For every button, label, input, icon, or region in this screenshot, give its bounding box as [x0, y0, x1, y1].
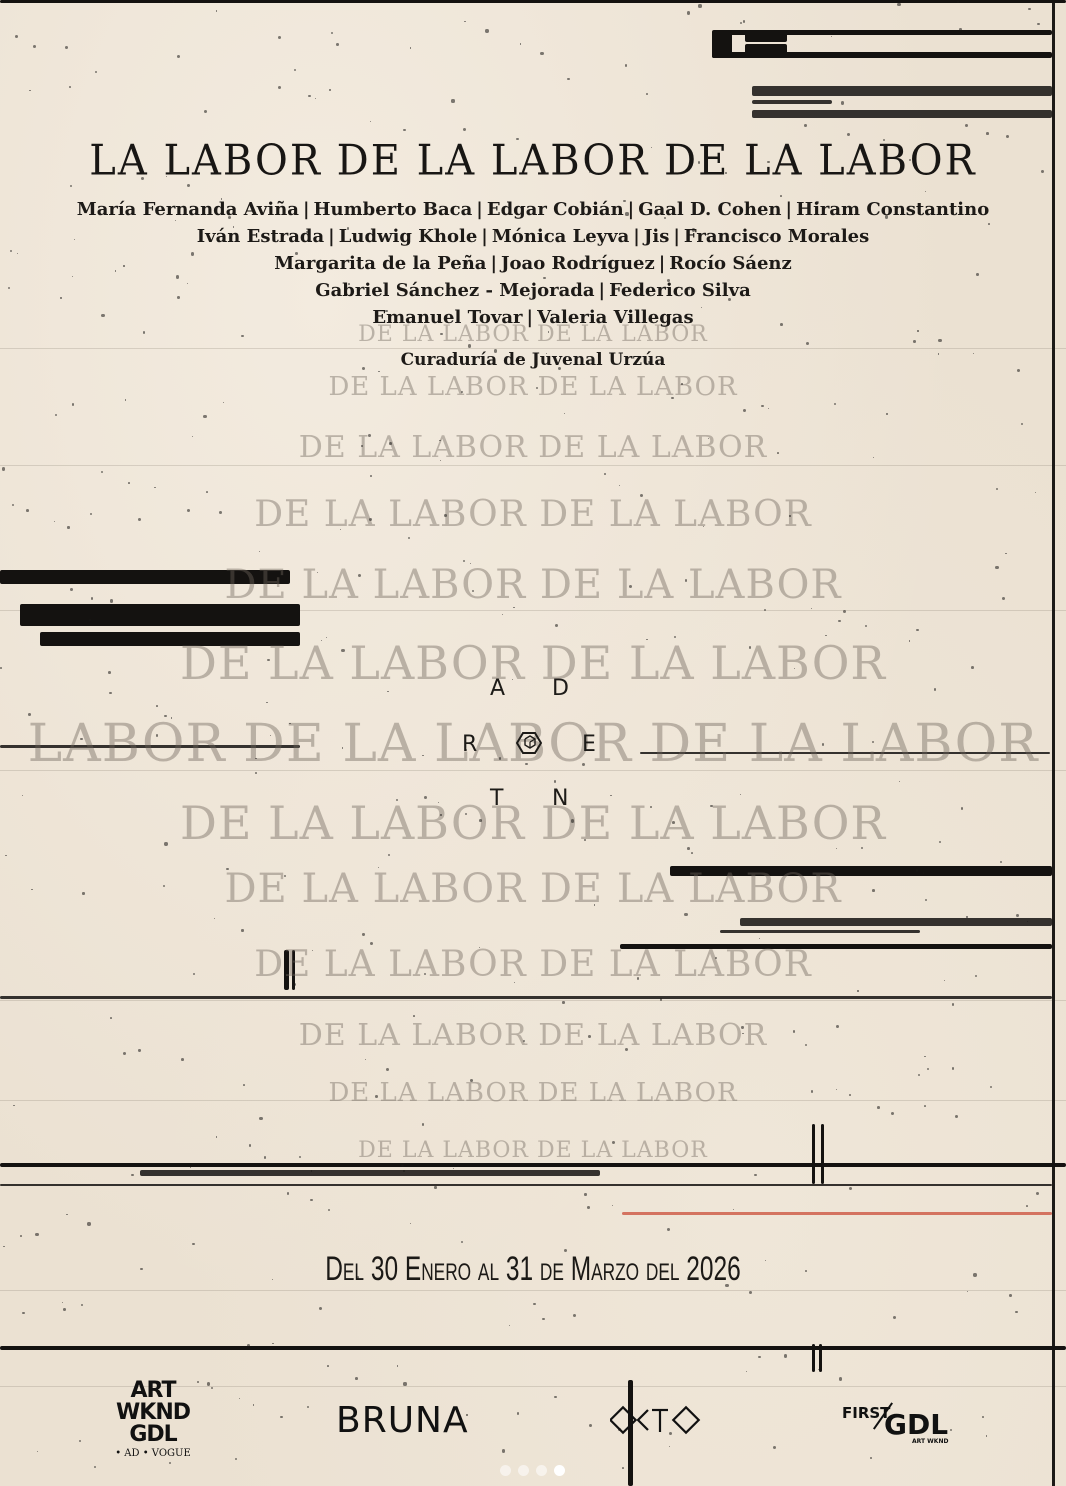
ink-speck [825, 635, 826, 636]
ink-speck [466, 1414, 467, 1415]
ink-speck [35, 1233, 38, 1236]
ink-speck [388, 854, 390, 856]
separator: | [488, 253, 499, 274]
logo-letter: N [552, 786, 568, 811]
carousel-dot[interactable] [500, 1465, 511, 1476]
ink-speck [156, 734, 158, 736]
ink-speck [5, 855, 6, 856]
ink-speck [759, 938, 761, 940]
artist-name: Edgar Cobián [485, 199, 626, 220]
ink-speck [938, 353, 939, 354]
ink-speck [37, 1451, 38, 1452]
ink-speck [761, 405, 763, 407]
ink-speck [571, 819, 574, 822]
ink-speck [891, 1112, 894, 1115]
ink-speck [33, 45, 36, 48]
ink-speck [204, 110, 207, 113]
logo-line: GDL [108, 1424, 198, 1446]
artist-name: Francisco Morales [682, 226, 871, 247]
ink-speck [370, 475, 372, 477]
artist-list: María Fernanda Aviña|Humberto Baca|Edgar… [0, 196, 1066, 331]
ink-speck [523, 1040, 525, 1042]
logo-part: ART WKND [912, 1438, 948, 1445]
ink-speck [767, 161, 770, 164]
ink-speck [403, 129, 406, 132]
ink-speck [698, 4, 701, 7]
ink-speck [94, 1466, 96, 1468]
separator: | [597, 280, 608, 301]
ink-speck [472, 590, 474, 592]
ink-speck [839, 1377, 842, 1380]
ink-speck [128, 482, 130, 484]
ink-speck [110, 1017, 112, 1019]
logo-subtitle: • AD • VOGUE [108, 1448, 198, 1460]
ink-speck [589, 1424, 592, 1427]
artist-name: Mónica Leyva [490, 226, 631, 247]
ink-speck [938, 339, 941, 342]
separator: | [671, 226, 682, 247]
ink-speck [950, 1429, 952, 1431]
ink-speck [918, 1074, 920, 1076]
ink-speck [811, 1090, 814, 1093]
ink-speck [386, 1068, 389, 1071]
ink-speck [29, 90, 31, 92]
ledger-line [0, 1000, 1066, 1001]
ink-speck [883, 139, 885, 141]
ink-speck [740, 794, 742, 796]
ink-speck [988, 223, 990, 225]
ink-speck [687, 11, 690, 14]
ink-speck [1016, 914, 1019, 917]
ink-speck [554, 1396, 556, 1398]
ink-stroke [0, 1184, 1052, 1186]
ink-speck [329, 89, 330, 90]
ink-speck [211, 1387, 213, 1389]
ink-speck [640, 204, 641, 205]
ink-speck [355, 1377, 358, 1380]
ink-stroke [745, 32, 787, 42]
ink-speck [509, 1325, 510, 1326]
ink-speck [893, 1316, 896, 1319]
ink-speck [865, 625, 867, 627]
ink-speck [20, 1235, 22, 1237]
ink-speck [612, 1141, 615, 1144]
logo-part: GDL [884, 1408, 948, 1441]
ink-speck [389, 442, 392, 445]
ink-speck [982, 1416, 984, 1418]
ink-speck [669, 1446, 670, 1447]
ink-speck [123, 265, 124, 266]
ledger-line [0, 1290, 1066, 1291]
ink-speck [294, 69, 296, 71]
ink-speck [241, 929, 243, 931]
ink-speck [618, 1428, 621, 1431]
ink-speck [710, 805, 712, 807]
ink-speck [967, 1291, 968, 1292]
ink-speck [123, 1052, 126, 1055]
ink-speck [831, 36, 832, 37]
ink-speck [873, 457, 874, 458]
logo-letter: A [490, 676, 505, 701]
logo-letter: R [462, 732, 477, 757]
ink-speck [461, 1241, 463, 1243]
separator: | [525, 307, 536, 328]
logo-line: ART [108, 1380, 198, 1402]
ink-speck [1037, 23, 1039, 25]
ink-speck [259, 1117, 262, 1120]
echo-text: DE LA LABOR DE LA LABOR [0, 562, 1066, 608]
ink-speck [192, 1243, 194, 1245]
ink-speck [667, 1228, 670, 1231]
ink-speck [82, 892, 84, 894]
bruna-logo: BRUNA [336, 1400, 469, 1441]
ink-speck [28, 713, 31, 716]
ink-speck [976, 273, 979, 276]
artist-name: Emanuel Tovar [370, 307, 524, 328]
ink-speck [870, 1457, 872, 1459]
ink-speck [573, 1314, 576, 1317]
ink-speck [502, 614, 503, 615]
artist-name: Iván Estrada [195, 226, 326, 247]
ink-speck [1005, 553, 1007, 555]
exhibition-poster: DE LA LABOR DE LA LABORDE LA LABOR DE LA… [0, 0, 1066, 1486]
ink-speck [331, 32, 333, 34]
ink-speck [562, 1001, 564, 1003]
ink-speck [181, 1058, 184, 1061]
ink-speck [378, 867, 379, 868]
ink-speck [67, 526, 69, 528]
ink-stroke [740, 918, 1052, 926]
ink-speck [1009, 1294, 1012, 1297]
ink-speck [280, 1416, 283, 1419]
ink-speck [387, 691, 388, 692]
ink-speck [434, 1186, 436, 1188]
ink-speck [140, 1268, 143, 1271]
artist-row: Gabriel Sánchez - Mejorada|Federico Silv… [0, 277, 1066, 304]
ink-speck [542, 1318, 544, 1320]
ink-stroke [140, 1170, 600, 1176]
ink-speck [1017, 369, 1020, 372]
separator: | [326, 226, 337, 247]
ink-speck [1015, 1311, 1017, 1313]
echo-text: DE LA LABOR DE LA LABOR [0, 1018, 1066, 1053]
ink-stroke [745, 44, 787, 56]
ink-speck [308, 95, 310, 97]
separator: | [479, 226, 490, 247]
echo-text: DE LA LABOR DE LA LABOR [0, 372, 1066, 402]
ink-speck [226, 868, 228, 870]
ink-speck [348, 283, 350, 285]
ink-speck [684, 913, 687, 916]
ink-speck [197, 1381, 199, 1383]
ink-speck [315, 98, 316, 99]
artist-name: Ludwig Khole [337, 226, 480, 247]
ink-speck [468, 344, 471, 347]
ink-speck [278, 36, 281, 39]
ink-stroke [0, 0, 1066, 3]
ink-speck [612, 1205, 613, 1206]
ink-speck [849, 1187, 852, 1190]
ink-speck [164, 715, 166, 717]
ink-speck [307, 1406, 309, 1408]
ink-speck [784, 1354, 787, 1357]
ink-speck [667, 279, 670, 282]
ink-speck [63, 1308, 66, 1311]
ink-speck [87, 1222, 90, 1225]
ink-speck [952, 1003, 954, 1005]
ink-speck [319, 1307, 322, 1310]
ink-speck [587, 1206, 590, 1209]
ink-speck [604, 473, 606, 475]
artist-row: Emanuel Tovar|Valeria Villegas [0, 304, 1066, 331]
artist-name: Valeria Villegas [535, 307, 696, 328]
ink-stroke [812, 1344, 815, 1372]
echo-text: DE LA LABOR DE LA LABOR [0, 494, 1066, 535]
ink-speck [70, 185, 72, 187]
ink-speck [518, 356, 521, 359]
ink-speck [685, 579, 687, 581]
ink-speck [233, 226, 234, 227]
carousel-dot[interactable] [554, 1465, 565, 1476]
ink-speck [362, 933, 364, 935]
ink-speck [177, 55, 180, 58]
ink-speck [259, 551, 261, 553]
ink-speck [777, 452, 779, 454]
ink-speck [141, 177, 144, 180]
ink-speck [986, 132, 989, 135]
artist-row: María Fernanda Aviña|Humberto Baca|Edgar… [0, 196, 1066, 223]
ink-speck [465, 749, 467, 751]
ink-speck [746, 1371, 747, 1372]
ink-speck [65, 46, 68, 49]
ink-speck [485, 29, 488, 32]
ink-speck [725, 172, 727, 174]
ink-speck [681, 383, 682, 384]
ink-speck [619, 485, 620, 486]
ink-speck [131, 1174, 133, 1176]
ink-speck [924, 1056, 926, 1058]
ink-speck [345, 151, 346, 152]
ink-speck [877, 1106, 880, 1109]
ink-speck [110, 599, 113, 602]
ink-speck [228, 216, 231, 219]
separator: | [784, 199, 795, 220]
ink-speck [15, 35, 18, 38]
ink-speck [650, 211, 652, 213]
ink-speck [91, 597, 94, 600]
ink-speck [422, 1123, 425, 1126]
ink-speck [1000, 861, 1002, 863]
ink-speck [216, 1136, 217, 1137]
ink-speck [971, 666, 974, 669]
ink-speck [1026, 1205, 1028, 1207]
artist-name: Rocío Sáenz [667, 253, 793, 274]
artist-name: Jis [642, 226, 672, 247]
ledger-line [0, 348, 1066, 349]
ink-speck [899, 781, 900, 782]
ink-speck [567, 78, 570, 81]
ink-speck [872, 889, 875, 892]
carousel-dot[interactable] [518, 1465, 529, 1476]
ink-speck [95, 71, 97, 73]
ink-speck [385, 310, 387, 312]
ink-speck [424, 796, 427, 799]
ink-speck [206, 491, 208, 493]
ink-speck [8, 287, 10, 289]
ink-speck [872, 741, 874, 743]
ink-speck [995, 566, 998, 569]
ink-speck [1041, 170, 1044, 173]
ink-speck [861, 847, 863, 849]
ink-stroke [752, 100, 832, 104]
ink-speck [1006, 135, 1009, 138]
ink-speck [973, 1273, 976, 1276]
ink-speck [410, 1223, 411, 1224]
artist-name: Joao Rodríguez [499, 253, 657, 274]
carousel-dot[interactable] [536, 1465, 547, 1476]
ink-speck [187, 184, 190, 187]
ink-speck [841, 101, 844, 104]
ink-speck [69, 86, 71, 88]
ink-speck [424, 973, 426, 975]
ink-speck [996, 488, 998, 490]
ink-speck [749, 1291, 752, 1294]
ink-speck [672, 821, 675, 824]
ink-speck [101, 471, 104, 474]
ink-stroke [0, 1163, 1066, 1167]
ledger-line [0, 465, 1066, 466]
ink-speck [743, 20, 746, 23]
artist-name: Gabriel Sánchez - Mejorada [313, 280, 596, 301]
ink-speck [453, 1168, 454, 1169]
ink-speck [513, 607, 514, 608]
ink-speck [22, 1312, 25, 1315]
ink-stroke [0, 1346, 1066, 1350]
ink-speck [857, 990, 858, 991]
ink-speck [1021, 423, 1023, 425]
ink-speck [169, 1462, 171, 1464]
ink-speck [470, 1079, 473, 1082]
ink-speck [365, 1059, 366, 1060]
ink-speck [60, 297, 61, 298]
ink-speck [173, 1, 174, 2]
ink-speck [843, 610, 846, 613]
ink-speck [13, 1105, 14, 1106]
ink-speck [834, 403, 836, 405]
ink-speck [741, 1026, 743, 1028]
ink-speck [154, 487, 155, 488]
ink-speck [410, 47, 412, 49]
ink-speck [780, 323, 783, 326]
ink-speck [740, 22, 743, 25]
ink-speck [692, 228, 695, 231]
ink-speck [164, 842, 167, 845]
ink-speck [3, 1246, 4, 1247]
ink-speck [235, 1458, 238, 1461]
echo-text: DE LA LABOR DE LA LABOR [0, 430, 1066, 465]
ink-speck [525, 763, 528, 766]
echo-text: DE LA LABOR DE LA LABOR [0, 1078, 1066, 1108]
artist-name: Humberto Baca [312, 199, 475, 220]
ink-speck [728, 298, 731, 301]
ink-speck [650, 806, 652, 808]
ink-speck [564, 1249, 567, 1252]
artist-name: Gaal D. Cohen [636, 199, 783, 220]
echo-text: DE LA LABOR DE LA LABOR [0, 944, 1066, 985]
ink-speck [327, 1365, 329, 1367]
hexagon-cube-icon [516, 730, 542, 762]
ink-speck [986, 1435, 987, 1436]
ink-speck [341, 649, 344, 652]
ink-speck [370, 121, 371, 122]
ink-speck [913, 340, 916, 343]
ink-speck [397, 1365, 398, 1366]
ink-stroke [712, 32, 732, 58]
ink-speck [588, 1035, 591, 1038]
ink-speck [625, 212, 628, 215]
ink-speck [293, 983, 296, 986]
ink-speck [742, 1033, 743, 1034]
ink-speck [512, 679, 513, 680]
ink-speck [764, 609, 766, 611]
ink-speck [192, 436, 193, 437]
ink-speck [916, 629, 919, 632]
ink-speck [223, 402, 224, 403]
artist-row: Iván Estrada|Ludwig Khole|Mónica Leyva|J… [0, 223, 1066, 250]
ink-stroke [819, 1344, 822, 1372]
echo-text: DE LA LABOR DE LA LABOR [0, 1138, 1066, 1163]
ink-speck [909, 159, 911, 161]
ink-speck [464, 261, 467, 264]
ink-speck [648, 361, 650, 363]
ink-speck [966, 916, 967, 917]
ink-speck [925, 191, 926, 192]
ink-speck [66, 1214, 67, 1215]
ink-speck [625, 64, 628, 67]
ink-speck [138, 1049, 140, 1051]
ink-speck [1028, 8, 1031, 11]
ink-speck [62, 1302, 63, 1303]
ink-speck [361, 445, 363, 447]
ink-speck [203, 415, 206, 418]
ink-speck [646, 93, 648, 95]
exhibition-dates: Del 30 Enero al 31 de Marzo del 2026 [149, 1250, 917, 1289]
octo-logo [610, 1404, 706, 1446]
ink-speck [502, 1449, 505, 1452]
ink-speck [836, 1089, 837, 1090]
ink-speck [470, 563, 471, 564]
ink-speck [637, 977, 640, 980]
ink-speck [789, 515, 790, 516]
ink-speck [959, 28, 961, 30]
ink-speck [1035, 492, 1036, 493]
ink-speck [177, 296, 180, 299]
ink-speck [72, 276, 73, 277]
ink-speck [413, 1015, 415, 1017]
ink-speck [2, 467, 5, 470]
ink-speck [952, 1067, 955, 1070]
ink-speck [584, 1193, 586, 1195]
artist-name: Federico Silva [607, 280, 753, 301]
ink-speck [909, 640, 910, 641]
ink-speck [688, 287, 691, 290]
ink-speck [773, 1446, 776, 1449]
adorent-logo: A D R E T N [440, 672, 640, 812]
ink-speck [917, 330, 918, 331]
ink-speck [463, 560, 465, 562]
ink-speck [725, 1284, 728, 1287]
ink-speck [239, 1398, 240, 1399]
